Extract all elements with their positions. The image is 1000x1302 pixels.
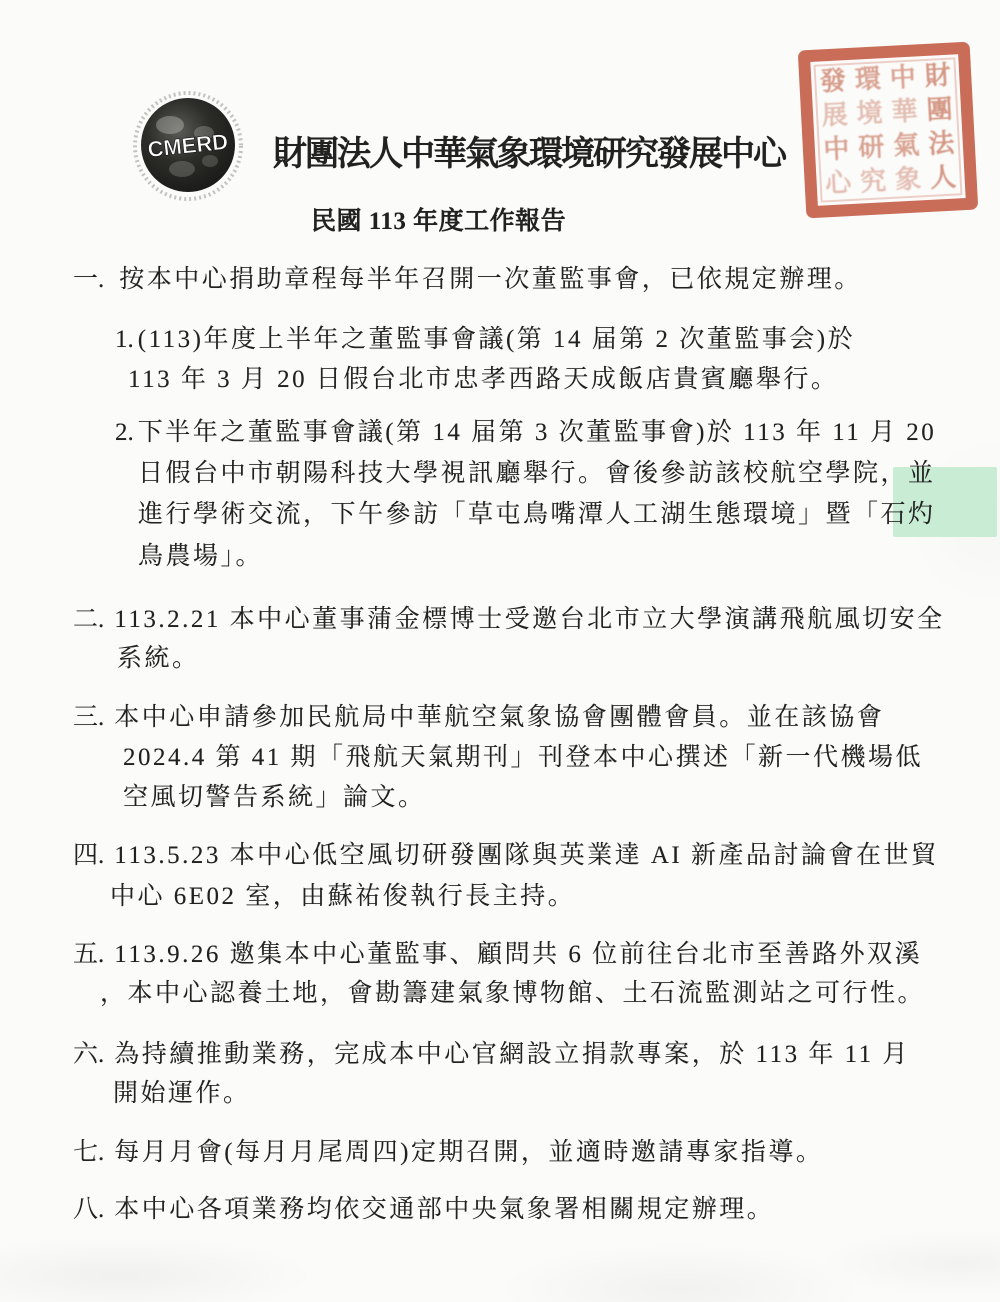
section-text: 系統。	[117, 645, 200, 672]
section-4-line-2: 中心 6E02 室，由蘇祐俊執行長主持。	[110, 883, 575, 911]
section-text: 本中心各項業務均依交通部中央氣象署相關規定辦理。	[114, 1196, 774, 1223]
section-5-line-1: 五.113.9.26 邀集本中心董監事、顧問共 6 位前往台北市至善路外双溪	[73, 941, 922, 969]
section-text: 按本中心捐助章程每半年召開一次董監事會，已依規定辦理。	[119, 266, 862, 293]
seal-char: 境	[856, 100, 883, 127]
item-number: 2.	[115, 419, 134, 447]
section-7-line-1: 七.每月月會(每月月尾周四)定期召開，並適時邀請專家指導。	[73, 1139, 823, 1167]
seal-char: 心	[825, 170, 852, 197]
seal-char: 法	[928, 131, 955, 158]
section-4-line-1: 四.113.5.23 本中心低空風切研發團隊與英業達 AI 新產品討論會在世貿	[73, 842, 938, 870]
seal-char: 展	[821, 102, 848, 129]
seal-char: 研	[858, 134, 885, 161]
item-text: 113 年 3 月 20 日假台北市忠孝西路天成飯店貴賓廳舉行。	[128, 366, 838, 393]
section-number: 七.	[73, 1139, 104, 1167]
section-8-line-1: 八.本中心各項業務均依交通部中央氣象署相關規定辦理。	[73, 1196, 774, 1224]
seal-char: 發	[819, 68, 846, 95]
cmerd-logo: CMERD	[132, 91, 244, 205]
seal-char: 氣	[893, 132, 920, 159]
item-number: 1.	[115, 326, 134, 354]
section-1-item-2-line-3: 進行學術交流，下午參訪「草屯鳥嘴潭人工湖生態環境」暨「石灼	[138, 501, 936, 529]
seal-char: 財	[924, 63, 951, 90]
official-seal: 發 展 中 心 環 境 研 究 中 華 氣 象 財 團 法 人	[798, 42, 979, 219]
section-1-item-2-line-2: 日假台中市朝陽科技大學視訊廳舉行。會後參訪該校航空學院，並	[138, 460, 936, 488]
section-text: 空風切警告系統」論文。	[123, 784, 426, 811]
section-text: 開始運作。	[113, 1080, 251, 1107]
section-6-line-1: 六.為持續推動業務，完成本中心官網設立捐款專案，於 113 年 11 月	[73, 1041, 910, 1069]
seal-char: 中	[823, 136, 850, 163]
seal-column: 財 團 法 人	[919, 58, 961, 196]
section-text: 每月月會(每月月尾周四)定期召開，並適時邀請專家指導。	[114, 1139, 823, 1166]
seal-char: 象	[894, 166, 921, 193]
globe-landmass	[156, 116, 184, 134]
section-text: 本中心申請參加民航局中華航空氣象協會團體會員。並在該協會	[114, 704, 884, 731]
section-2-line-2: 系統。	[117, 645, 200, 673]
org-title: 財團法人中華氣象環境研究發展中心	[273, 126, 785, 175]
section-number: 二.	[73, 606, 104, 634]
section-text: 中心 6E02 室，由蘇祐俊執行長主持。	[110, 883, 575, 910]
section-number: 八.	[73, 1196, 104, 1224]
section-text: 113.2.21 本中心董事蒲金標博士受邀台北市立大學演講飛航風切安全	[114, 606, 944, 633]
seal-char: 中	[889, 64, 916, 91]
section-number: 五.	[73, 941, 104, 969]
section-3-line-3: 空風切警告系統」論文。	[123, 784, 426, 812]
item-text: (113)年度上半年之董監事會議(第 14 届第 2 次董監事会)於	[138, 326, 855, 353]
seal-characters: 發 展 中 心 環 境 研 究 中 華 氣 象 財 團 法 人	[815, 58, 962, 201]
section-2-line-1: 二.113.2.21 本中心董事蒲金標博士受邀台北市立大學演講飛航風切安全	[73, 606, 945, 634]
section-1-item-2-line-1: 2.下半年之董監事會議(第 14 届第 3 次董監事會)於 113 年 11 月…	[115, 419, 936, 447]
section-6-line-2: 開始運作。	[113, 1080, 251, 1108]
item-text: 下半年之董監事會議(第 14 届第 3 次董監事會)於 113 年 11 月 2…	[138, 419, 937, 446]
section-1-item-1-line-1: 1.(113)年度上半年之董監事會議(第 14 届第 2 次董監事会)於	[115, 326, 855, 354]
section-text: 為持續推動業務，完成本中心官網設立捐款專案，於 113 年 11 月	[114, 1041, 910, 1068]
globe-landmass	[202, 155, 218, 167]
seal-char: 華	[891, 98, 918, 125]
document-page: CMERD 財團法人中華氣象環境研究發展中心 民國 113 年度工作報告 發 展…	[0, 0, 1000, 1302]
seal-char: 人	[929, 165, 956, 192]
seal-char: 究	[860, 168, 887, 195]
item-text: 日假台中市朝陽科技大學視訊廳舉行。會後參訪該校航空學院，並	[138, 460, 936, 487]
section-text: 2024.4 第 41 期「飛航天氣期刊」刊登本中心撰述「新一代機場低	[123, 744, 923, 771]
section-number: 一.	[73, 266, 104, 294]
globe-landmass	[169, 161, 195, 177]
section-3-line-2: 2024.4 第 41 期「飛航天氣期刊」刊登本中心撰述「新一代機場低	[123, 744, 923, 772]
section-3-line-1: 三.本中心申請參加民航局中華航空氣象協會團體會員。並在該協會	[73, 704, 884, 732]
section-1-item-2-line-4: 鳥農場」。	[138, 543, 263, 571]
report-title: 民國 113 年度工作報告	[311, 201, 566, 237]
section-text: 113.9.26 邀集本中心董監事、顧問共 6 位前往台北市至善路外双溪	[114, 941, 922, 968]
seal-char: 環	[854, 66, 881, 93]
section-1-line-1: 一.按本中心捐助章程每半年召開一次董監事會，已依規定辦理。	[73, 266, 862, 294]
section-text: ，本中心認養土地，會勘籌建氣象博物館、土石流監測站之可行性。	[100, 980, 925, 1007]
item-text: 進行學術交流，下午參訪「草屯鳥嘴潭人工湖生態環境」暨「石灼	[138, 501, 936, 528]
section-1-item-1-line-2: 113 年 3 月 20 日假台北市忠孝西路天成飯店貴賓廳舉行。	[128, 366, 838, 394]
section-5-line-2: ，本中心認養土地，會勘籌建氣象博物館、土石流監測站之可行性。	[100, 980, 925, 1008]
section-number: 六.	[73, 1041, 104, 1069]
section-number: 四.	[73, 842, 104, 870]
section-number: 三.	[73, 704, 104, 732]
section-text: 113.5.23 本中心低空風切研發團隊與英業達 AI 新產品討論會在世貿	[114, 842, 938, 869]
seal-char: 團	[926, 97, 953, 124]
item-text: 鳥農場」。	[138, 543, 263, 570]
